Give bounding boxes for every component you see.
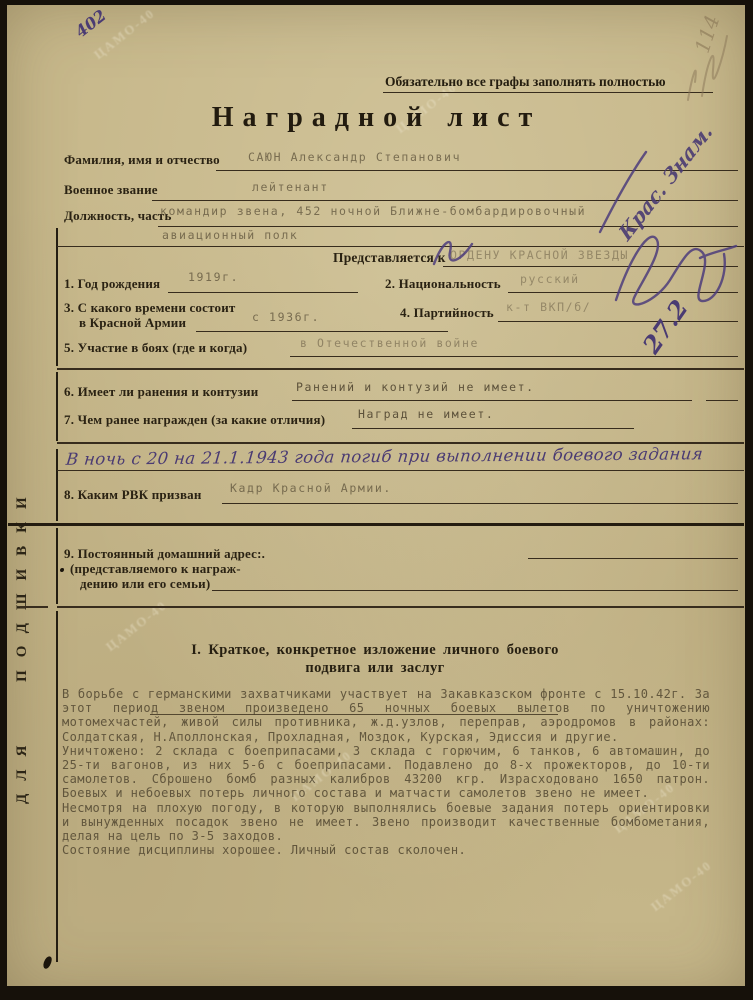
field-label-rvk: 8. Каким РВК призван bbox=[64, 487, 202, 503]
citation-paragraph: Несмотря на плохую погоду, в которую вып… bbox=[62, 801, 710, 844]
filing-rule bbox=[56, 228, 58, 366]
header-note: Обязательно все графы заполнять полность… bbox=[385, 74, 666, 90]
scan-edge-bottom bbox=[0, 986, 753, 1000]
pencil-mark: 114 bbox=[690, 12, 725, 56]
field-line bbox=[222, 503, 738, 504]
field-value-duty-1: командир звена, 452 ночной Ближне-бомбар… bbox=[160, 204, 586, 218]
field-line bbox=[290, 356, 738, 357]
archive-page-number: 402 bbox=[72, 6, 110, 42]
citation-body: В борьбе с германскими захватчиками учас… bbox=[62, 687, 710, 857]
field-line bbox=[196, 331, 448, 332]
field-value-duty-2: авиационный полк bbox=[162, 228, 298, 242]
handwritten-date-mark: 27.2 bbox=[637, 294, 694, 359]
field-label-address-3: дению или его семьи) bbox=[80, 576, 210, 592]
section-rule bbox=[57, 442, 744, 444]
ink-blot bbox=[42, 955, 53, 970]
award-sheet-document: ЦАМО-40 ЦАМО-40 ЦАМО-40 ЦАМО-40 ЦАМО-40 … bbox=[0, 0, 753, 1000]
citation-paragraph: Состояние дисциплины хорошее. Личный сос… bbox=[62, 843, 710, 857]
scan-edge-left bbox=[0, 0, 7, 1000]
field-label-presented: Представляется к bbox=[333, 250, 446, 266]
field-label-nationality: 2. Национальность bbox=[385, 276, 501, 292]
field-label-address-2: (представляемого к награж- bbox=[70, 561, 241, 577]
field-value-army-since: с 1936г. bbox=[252, 310, 320, 324]
field-label-rank: Военное звание bbox=[64, 182, 158, 198]
filing-rule bbox=[56, 449, 58, 521]
field-line bbox=[498, 321, 738, 322]
field-value-wounds: Ранений и контузий не имеет. bbox=[296, 380, 535, 394]
section-rule-dash bbox=[20, 606, 48, 608]
field-label-birth-year: 1. Год рождения bbox=[64, 276, 160, 292]
field-label-party: 4. Партийность bbox=[400, 305, 494, 321]
field-line bbox=[352, 428, 634, 429]
field-label-battles: 5. Участие в боях (где и когда) bbox=[64, 340, 247, 356]
field-value-rank: лейтенант bbox=[252, 180, 329, 194]
field-value-nationality: русский bbox=[520, 272, 580, 286]
spine-caption: ДЛЯ ПОДШИВКИ bbox=[14, 220, 31, 804]
citation-heading-2: подвига или заслуг bbox=[90, 660, 660, 677]
field-line bbox=[528, 558, 738, 559]
filing-rule bbox=[56, 372, 58, 441]
field-line bbox=[292, 400, 692, 401]
scan-edge-right bbox=[745, 0, 753, 1000]
citation-paragraph: В борьбе с германскими захватчиками учас… bbox=[62, 687, 710, 744]
citation-paragraph: Уничтожено: 2 склада с боеприпасами, 3 с… bbox=[62, 744, 710, 801]
page-title: Наградной лист bbox=[0, 102, 753, 134]
section-rule-heavy bbox=[8, 523, 744, 526]
field-label-duty: Должность, часть bbox=[64, 208, 172, 224]
field-line bbox=[57, 470, 744, 471]
field-line bbox=[158, 226, 738, 227]
section-rule bbox=[57, 368, 744, 370]
bullet-dot bbox=[60, 568, 64, 572]
field-value-battles: в Отечественной войне bbox=[300, 336, 479, 350]
scan-edge-top bbox=[0, 0, 753, 5]
field-line bbox=[212, 590, 738, 591]
field-label-wounds: 6. Имеет ли ранения и контузии bbox=[64, 384, 258, 400]
field-line bbox=[57, 246, 744, 247]
field-line bbox=[508, 292, 738, 293]
filing-rule bbox=[56, 611, 58, 962]
field-value-prior-awards: Наград не имеет. bbox=[358, 407, 494, 421]
watermark: ЦАМО-40 bbox=[648, 857, 716, 915]
field-line bbox=[706, 400, 738, 401]
field-label-address-1: 9. Постоянный домашний адрес:. bbox=[64, 546, 265, 562]
field-label-army-since-2: в Красной Армии bbox=[79, 315, 186, 331]
field-label-prior-awards: 7. Чем ранее награжден (за какие отличия… bbox=[64, 412, 325, 428]
field-label-name: Фамилия, имя и отчество bbox=[64, 152, 220, 168]
field-line bbox=[443, 266, 738, 267]
handwritten-death-note: В ночь с 20 на 21.1.1943 года погиб при … bbox=[65, 444, 704, 469]
field-line bbox=[168, 292, 358, 293]
field-value-birth-year: 1919г. bbox=[188, 270, 239, 284]
field-value-name: САЮН Александр Степанович bbox=[248, 150, 461, 164]
field-value-rvk: Кадр Красной Армии. bbox=[230, 481, 392, 495]
header-note-underline bbox=[383, 92, 713, 93]
citation-heading-1: I. Краткое, конкретное изложение личного… bbox=[90, 642, 660, 659]
filing-rule bbox=[56, 528, 58, 604]
field-value-presented: ОРДЕНУ КРАСНОЙ ЗВЕЗДЫ bbox=[450, 248, 629, 262]
field-label-army-since-1: 3. С какого времени состоит bbox=[64, 300, 236, 316]
field-value-party: к-т ВКП/б/ bbox=[506, 300, 591, 314]
section-rule bbox=[57, 606, 744, 608]
citation-emphasis-underline bbox=[150, 714, 558, 715]
